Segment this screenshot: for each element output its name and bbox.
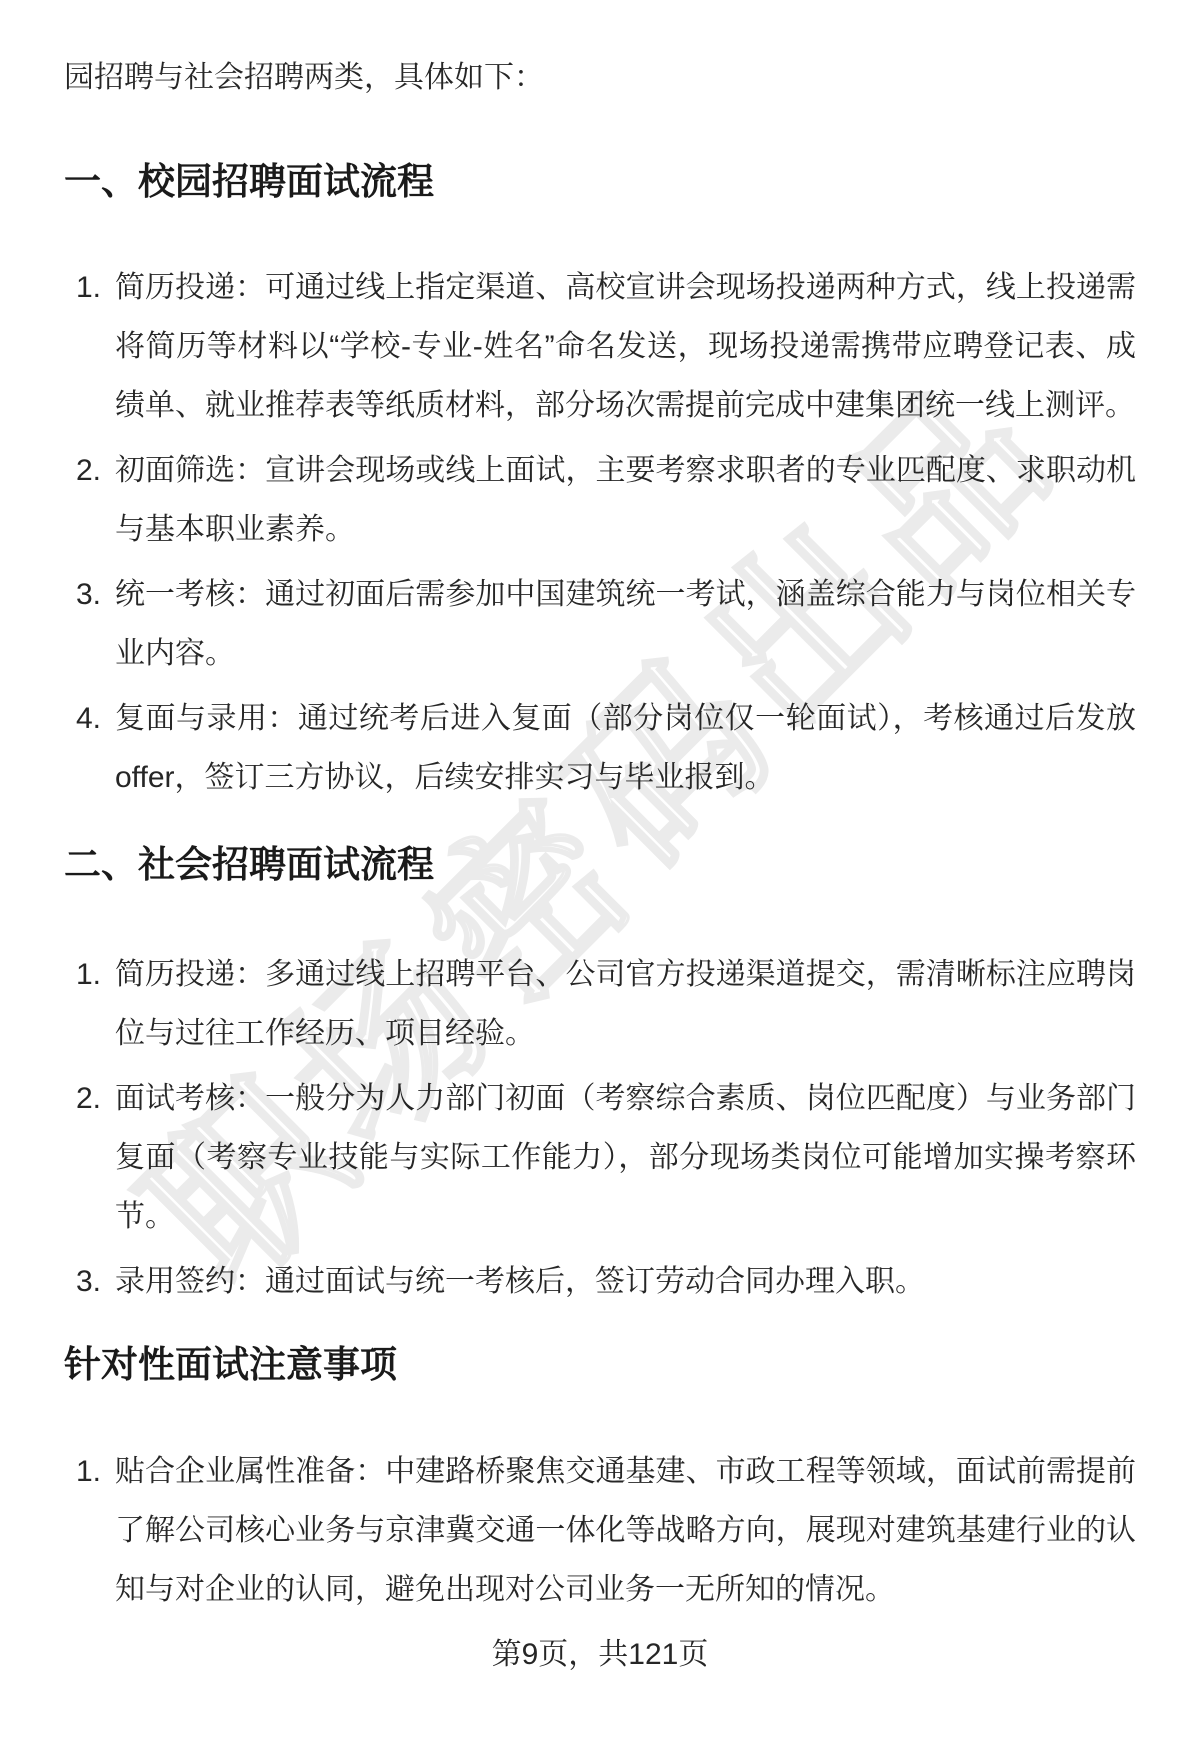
page-number: 第9页，共121页 (64, 1635, 1136, 1675)
intro-paragraph: 园招聘与社会招聘两类，具体如下： (64, 58, 1136, 98)
section-title-social-recruitment: 二、社会招聘面试流程 (64, 843, 1136, 887)
item-text: 简历投递：多通过线上招聘平台、公司官方投递渠道提交，需清晰标注应聘岗位与过往工作… (115, 945, 1136, 1063)
list-item: 4. 复面与录用：通过统考后进入复面（部分岗位仅一轮面试），考核通过后发放off… (64, 689, 1136, 807)
list-item: 1. 简历投递：多通过线上招聘平台、公司官方投递渠道提交，需清晰标注应聘岗位与过… (64, 945, 1136, 1063)
section-title-interview-notes: 针对性面试注意事项 (64, 1343, 1136, 1387)
section-title-campus-recruitment: 一、校园招聘面试流程 (64, 160, 1136, 204)
document-page: 职场密码出品 园招聘与社会招聘两类，具体如下： 一、校园招聘面试流程 1. 简历… (0, 0, 1200, 1755)
list-item: 2. 面试考核：一般分为人力部门初面（考察综合素质、岗位匹配度）与业务部门复面（… (64, 1069, 1136, 1246)
item-number: 2. (64, 1069, 115, 1246)
document-content: 园招聘与社会招聘两类，具体如下： 一、校园招聘面试流程 1. 简历投递：可通过线… (0, 0, 1200, 1675)
list-item: 1. 贴合企业属性准备：中建路桥聚焦交通基建、市政工程等领域，面试前需提前了解公… (64, 1442, 1136, 1619)
item-number: 1. (64, 258, 115, 435)
item-number: 4. (64, 689, 115, 807)
list-item: 1. 简历投递：可通过线上指定渠道、高校宣讲会现场投递两种方式，线上投递需将简历… (64, 258, 1136, 435)
item-text: 初面筛选：宣讲会现场或线上面试，主要考察求职者的专业匹配度、求职动机与基本职业素… (115, 441, 1136, 559)
item-number: 2. (64, 441, 115, 559)
list-item: 3. 录用签约：通过面试与统一考核后，签订劳动合同办理入职。 (64, 1252, 1136, 1311)
list-item: 2. 初面筛选：宣讲会现场或线上面试，主要考察求职者的专业匹配度、求职动机与基本… (64, 441, 1136, 559)
item-text: 面试考核：一般分为人力部门初面（考察综合素质、岗位匹配度）与业务部门复面（考察专… (115, 1069, 1136, 1246)
interview-notes-list: 1. 贴合企业属性准备：中建路桥聚焦交通基建、市政工程等领域，面试前需提前了解公… (64, 1442, 1136, 1619)
item-text: 录用签约：通过面试与统一考核后，签订劳动合同办理入职。 (115, 1252, 1136, 1311)
list-item: 3. 统一考核：通过初面后需参加中国建筑统一考试，涵盖综合能力与岗位相关专业内容… (64, 565, 1136, 683)
item-text: 贴合企业属性准备：中建路桥聚焦交通基建、市政工程等领域，面试前需提前了解公司核心… (115, 1442, 1136, 1619)
item-text: 简历投递：可通过线上指定渠道、高校宣讲会现场投递两种方式，线上投递需将简历等材料… (115, 258, 1136, 435)
campus-recruitment-list: 1. 简历投递：可通过线上指定渠道、高校宣讲会现场投递两种方式，线上投递需将简历… (64, 258, 1136, 807)
social-recruitment-list: 1. 简历投递：多通过线上招聘平台、公司官方投递渠道提交，需清晰标注应聘岗位与过… (64, 945, 1136, 1311)
item-number: 1. (64, 1442, 115, 1619)
item-number: 1. (64, 945, 115, 1063)
item-number: 3. (64, 1252, 115, 1311)
item-text: 复面与录用：通过统考后进入复面（部分岗位仅一轮面试），考核通过后发放offer，… (115, 689, 1136, 807)
item-text: 统一考核：通过初面后需参加中国建筑统一考试，涵盖综合能力与岗位相关专业内容。 (115, 565, 1136, 683)
item-number: 3. (64, 565, 115, 683)
